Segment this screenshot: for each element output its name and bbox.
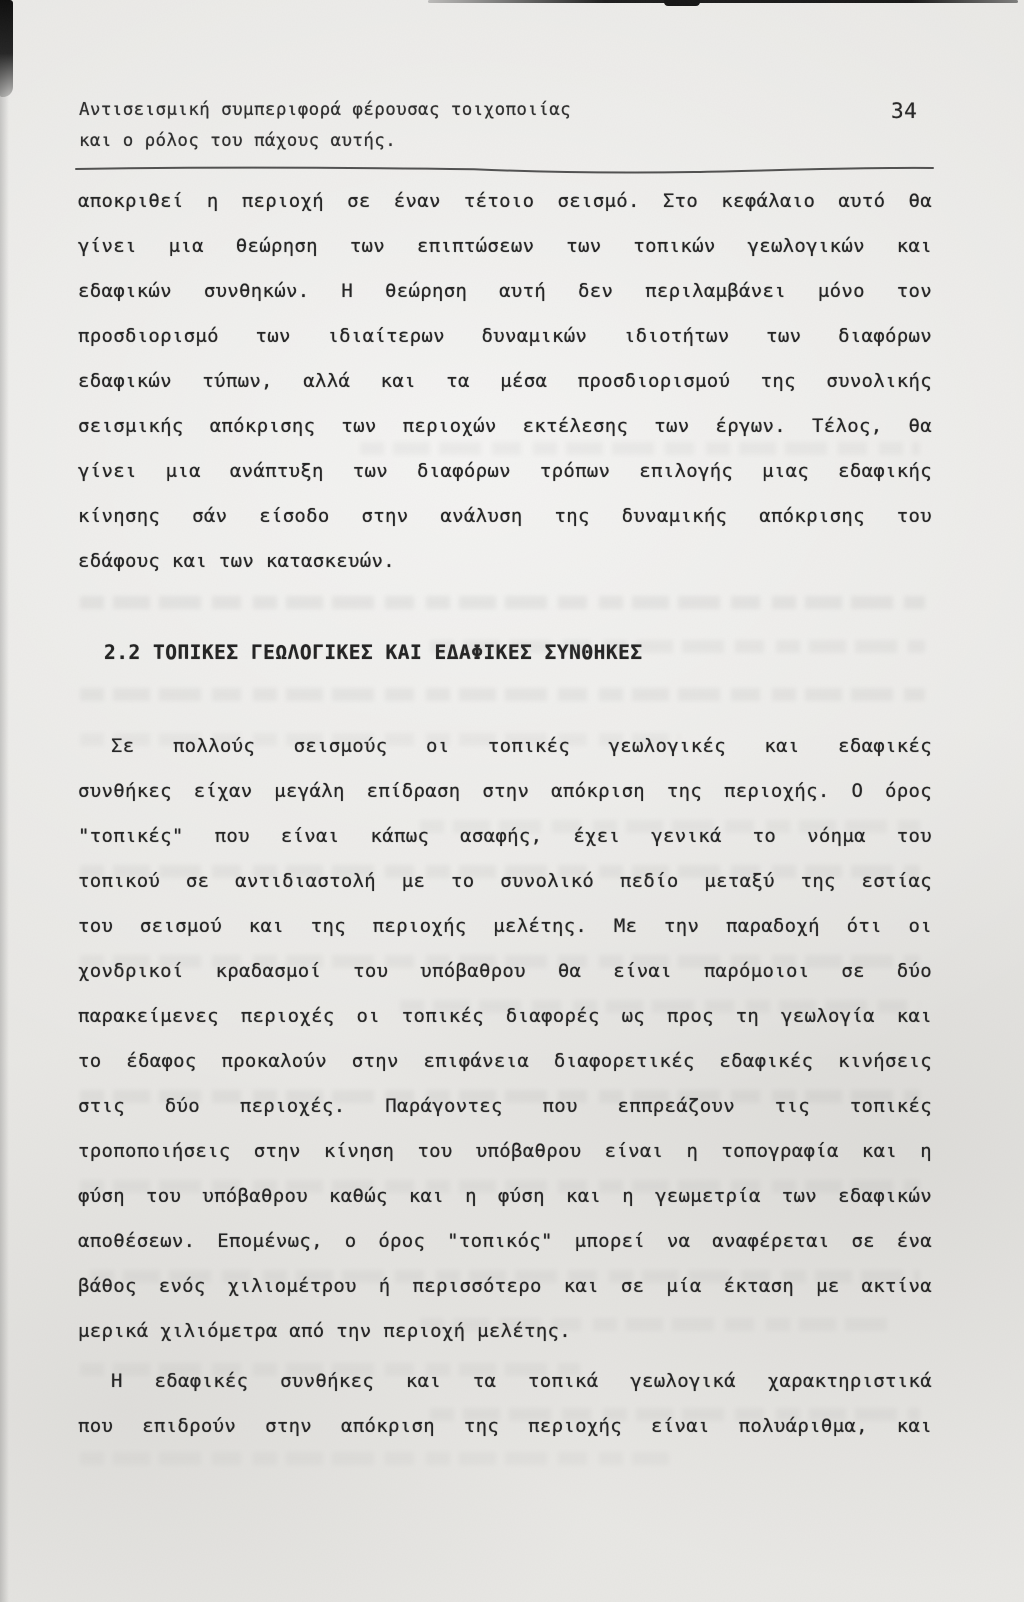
text-line: Σε πολλούς σεισμούς οι τοπικές γεωλογικέ… [78,724,932,769]
text-line: μερικά χιλιόμετρα από την περιοχή μελέτη… [78,1309,932,1354]
page-number: 34 [891,99,917,123]
text-line: εδαφικών τύπων, αλλά και τα μέσα προσδιο… [78,359,932,404]
running-header-line-1: Αντισεισμική συμπεριφορά φέρουσας τοιχοπ… [79,95,571,126]
bleed-through-line-artifact [80,596,925,609]
running-header-line-2: και ο ρόλος του πάχους αυτής. [79,126,571,157]
text-line: τροποποιήσεις στην κίνηση του υπόβαθρου … [78,1129,932,1174]
bleed-through-line-artifact [80,733,680,746]
bleed-through-line-artifact [420,1318,890,1331]
bleed-through-line-artifact [90,1270,920,1283]
text-line: γίνει μια θεώρηση των επιπτώσεων των τοπ… [78,224,932,269]
text-line: αποκριθεί η περιοχή σε έναν τέτοιο σεισμ… [78,179,932,224]
bleed-through-line-artifact [430,640,925,653]
bleed-through-line-artifact [430,1408,920,1421]
top-edge-line-artifact [428,0,1018,3]
text-line: εδαφικών συνθηκών. Η θεώρηση αυτή δεν πε… [78,269,932,314]
top-left-corner-mark-artifact [0,0,13,97]
text-line: προσδιορισμό των ιδιαίτερων δυναμικών ιδ… [78,314,932,359]
top-edge-blob-artifact [664,0,700,6]
bleed-through-line-artifact [80,1363,580,1376]
bleed-through-line-artifact [80,1090,920,1103]
text-line: το έδαφος προκαλούν στην επιφάνεια διαφο… [78,1039,932,1084]
bleed-through-line-artifact [80,865,920,878]
bleed-through-line-artifact [80,1452,670,1465]
scanned-document-page: Αντισεισμική συμπεριφορά φέρουσας τοιχοπ… [0,0,1024,1602]
text-line: συνθήκες είχαν μεγάλη επίδραση στην απόκ… [78,769,932,814]
paragraph: Σε πολλούς σεισμούς οι τοπικές γεωλογικέ… [78,724,932,1354]
bleed-through-line-artifact [80,1180,920,1193]
text-line: του σεισμού και της περιοχής μελέτης. Με… [78,904,932,949]
text-line: γίνει μια ανάπτυξη των διαφόρων τρόπων ε… [78,449,932,494]
text-line: εδάφους και των κατασκευών. [78,539,932,584]
left-edge-shadow-artifact [0,0,9,1602]
bleed-through-line-artifact [420,820,920,833]
text-line: αποθέσεων. Επομένως, ο όρος "τοπικός" μπ… [78,1219,932,1264]
paragraph: αποκριθεί η περιοχή σε έναν τέτοιο σεισμ… [78,179,932,584]
bleed-through-line-artifact [400,1000,920,1013]
header-divider-rule [74,163,936,177]
running-header: Αντισεισμική συμπεριφορά φέρουσας τοιχοπ… [79,95,571,157]
text-line: κίνησης σάν είσοδο στην ανάλυση της δυνα… [78,494,932,539]
bleed-through-line-artifact [80,688,925,701]
bleed-through-line-artifact [80,955,920,968]
bleed-through-line-artifact [360,442,920,455]
